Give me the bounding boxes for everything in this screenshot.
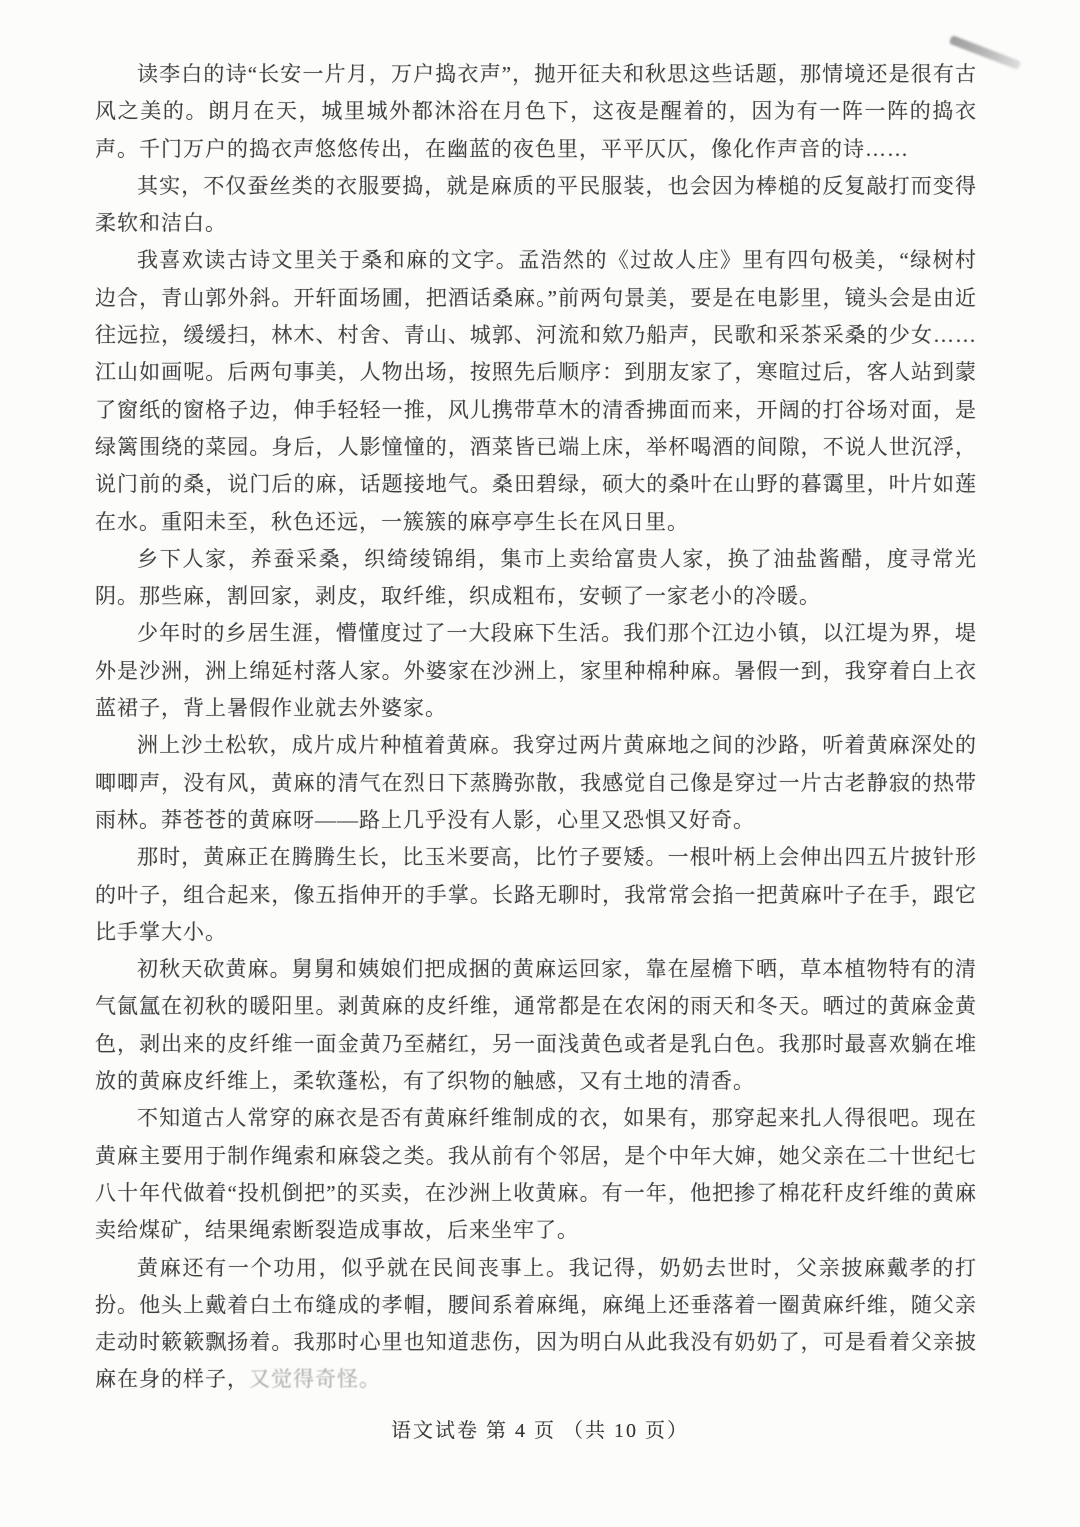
reading-passage: 读李白的诗“长安一片月，万户捣衣声”，抛开征夫和秋思这些话题，那情境还是很有古风… [95,56,977,1399]
paragraph-4: 乡下人家，养蚕采桑，织绮绫锦绢，集市上卖给富贵人家，换了油盐酱醋，度寻常光阴。那… [95,541,977,616]
paragraph-10: 黄麻还有一个功用，似乎就在民间丧事上。我记得，奶奶去世时，父亲披麻戴孝的打扮。他… [95,1250,977,1399]
paragraph-6: 洲上沙土松软，成片成片种植着黄麻。我穿过两片黄麻地之间的沙路，听着黄麻深处的唧唧… [95,727,977,839]
paragraph-5: 少年时的乡居生涯，懵懂度过了一大段麻下生活。我们那个江边小镇，以江堤为界，堤外是… [95,615,977,727]
paragraph-8: 初秋天砍黄麻。舅舅和姨娘们把成捆的黄麻运回家，靠在屋檐下晒，草本植物特有的清气氤… [95,951,977,1100]
paragraph-10-main: 黄麻还有一个功用，似乎就在民间丧事上。我记得，奶奶去世时，父亲披麻戴孝的打扮。他… [95,1256,977,1392]
paragraph-7: 那时，黄麻正在腾腾生长，比玉米要高，比竹子要矮。一根叶柄上会伸出四五片披针形的叶… [95,839,977,951]
paragraph-9: 不知道古人常穿的麻衣是否有黄麻纤维制成的衣，如果有，那穿起来扎人得很吧。现在黄麻… [95,1100,977,1249]
paragraph-10-faded-ending: 又觉得奇怪。 [249,1367,381,1391]
paragraph-2: 其实，不仅蚕丝类的衣服要捣，就是麻质的平民服装，也会因为棒槌的反复敲打而变得柔软… [95,168,977,243]
exam-paper-page: 读李白的诗“长安一片月，万户捣衣声”，抛开征夫和秋思这些话题，那情境还是很有古风… [0,0,1080,1527]
paragraph-3: 我喜欢读古诗文里关于桑和麻的文字。孟浩然的《过故人庄》里有四句极美，“绿树村边合… [95,242,977,540]
paragraph-1: 读李白的诗“长安一片月，万户捣衣声”，抛开征夫和秋思这些话题，那情境还是很有古风… [95,56,977,168]
page-footer: 语文试卷 第 4 页 （共 10 页） [0,1414,1080,1443]
